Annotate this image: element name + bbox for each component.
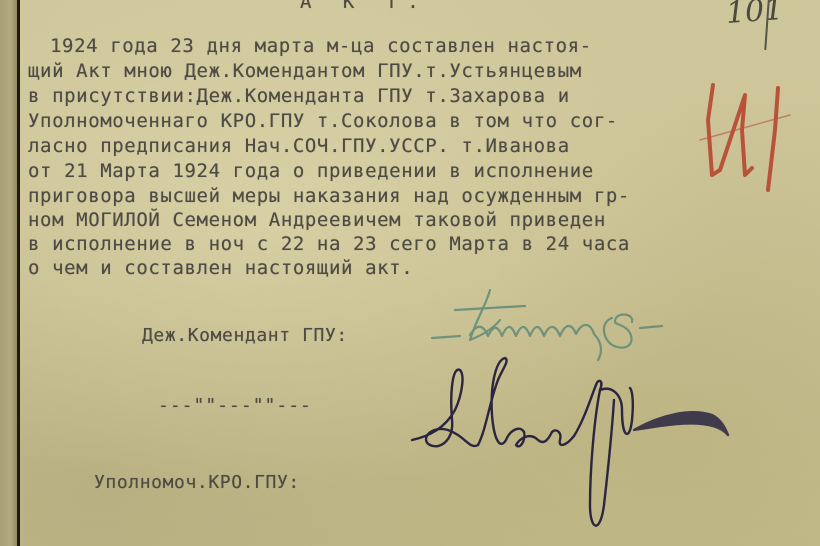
signature-zakharov [412,358,728,526]
signature-ustyantsev [432,290,662,360]
handwriting-overlay [0,0,820,546]
red-pencil-mark [700,85,790,190]
